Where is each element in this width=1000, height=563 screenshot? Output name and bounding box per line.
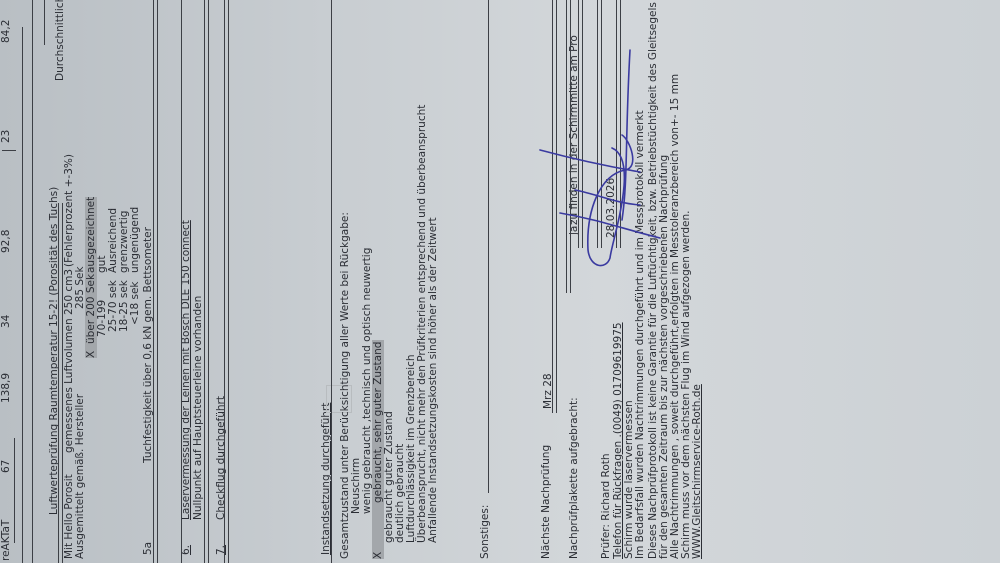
condition-check-mark[interactable]: X xyxy=(372,547,384,559)
divider xyxy=(153,0,158,563)
divider xyxy=(578,0,583,248)
misc-field[interactable] xyxy=(488,0,489,493)
divider xyxy=(22,27,23,563)
table-cell: 67 xyxy=(0,460,12,473)
table-cell: 34 xyxy=(0,315,12,328)
rating-check-mark[interactable]: X xyxy=(85,344,97,358)
table-row-label: reAKTaT xyxy=(0,520,12,561)
condition-option: Anfallende Instandsetzungskosten sind hö… xyxy=(427,217,439,543)
next-check-label: Nächste Nachprüfung xyxy=(540,445,552,559)
divider xyxy=(204,0,209,563)
table-cell: 23 xyxy=(0,130,12,143)
table-cell: 92,8 xyxy=(0,230,12,253)
divider xyxy=(552,0,557,413)
section-sub-label: Nullpunkt auf Hauptsteuerleine vorhanden xyxy=(192,296,204,520)
sticker-label: Nachprüfplakette aufgebracht: xyxy=(568,397,580,559)
table-cell: 138,9 xyxy=(0,373,12,403)
manufacturer-label: Ausgemittelt gemäß. Hersteller xyxy=(74,394,86,559)
column-header: Durchschnittliches Messvak xyxy=(54,0,66,81)
table-cell: 84,2 xyxy=(0,20,12,43)
divider xyxy=(32,0,33,563)
protocol-page: reAKTaT 67 138,9 34 92,8 23 84,2 Durchsc… xyxy=(0,0,1000,563)
divider xyxy=(224,0,229,563)
inspector-name: Prüfer: Richard Roth xyxy=(600,453,612,559)
error-label: (Fehlerprozent +-3%) xyxy=(63,154,75,267)
note-line: Im Bedarfsfall wurden Nachtrimmungen dur… xyxy=(634,110,646,559)
rating-range: <18 sek xyxy=(129,281,141,325)
misc-label: Sonstiges: xyxy=(479,505,491,559)
rating-label: ungenügend xyxy=(129,207,141,273)
divider xyxy=(616,0,621,248)
website-link[interactable]: WWW.Gleitschirmservice-Roth.de xyxy=(691,384,703,559)
